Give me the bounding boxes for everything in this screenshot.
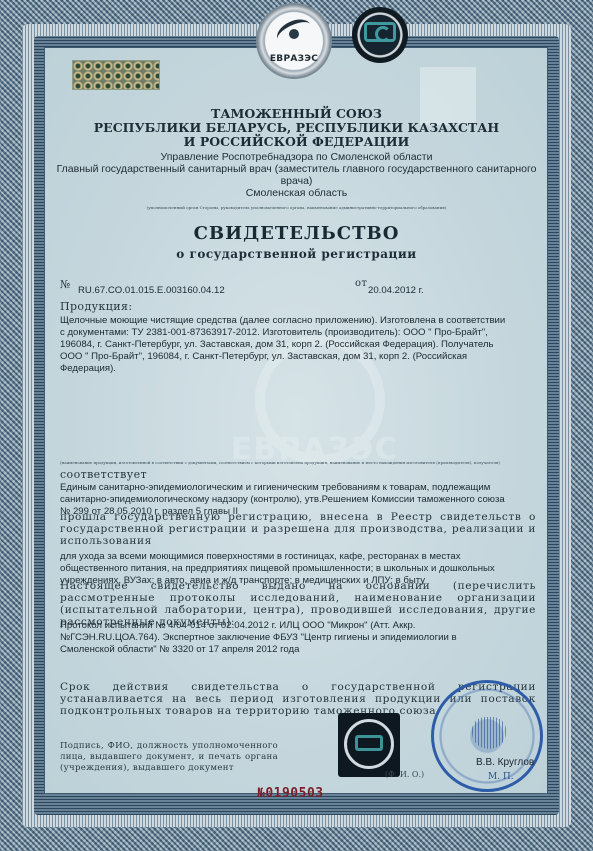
registration-date: 20.04.2012 г. bbox=[368, 285, 424, 297]
compliance-line-2: санитарно-эпидемиологическому надзору (к… bbox=[60, 494, 505, 506]
serial-number: №0190503 bbox=[257, 786, 324, 801]
certificate-title: СВИДЕТЕЛЬСТВО bbox=[60, 223, 533, 244]
seal-hint: М. П. bbox=[488, 772, 514, 782]
union-title-line1: ТАМОЖЕННЫЙ СОЮЗ bbox=[60, 106, 533, 121]
product-line-2: с документами: ТУ 2381-001-87363917-2012… bbox=[60, 327, 488, 339]
signature-caption: Подпись, ФИО, должность уполномоченного … bbox=[60, 741, 278, 774]
eurasec-label: ЕВРАЗЭС bbox=[258, 54, 330, 64]
compliance-line-1: Единым санитарно-эпидемиологическим и ги… bbox=[60, 482, 490, 494]
usage-line-1: для ухода за всеми моющимися поверхностя… bbox=[60, 551, 461, 563]
product-label: Продукция: bbox=[60, 300, 132, 313]
usage-line-2: общественного питания, на предприятиях п… bbox=[60, 563, 495, 575]
compliance-label: соответствует bbox=[60, 468, 147, 481]
registry-statement: прошла государственную регистрацию, внес… bbox=[60, 511, 536, 547]
eagle-emblem-icon bbox=[472, 717, 506, 749]
basis-line-3: Смоленской области" № 3320 от 17 апреля … bbox=[60, 644, 299, 656]
product-line-1: Щелочные моющие чистящие средства (далее… bbox=[60, 315, 505, 327]
number-label: № bbox=[60, 278, 71, 291]
certificate-page: ЕВРАЗЭС ЕВРАЗЭС ТАМОЖЕННЫЙ СОЮЗ РЕСПУБЛИ… bbox=[0, 0, 593, 851]
official-stamp-icon bbox=[431, 680, 543, 792]
customs-union-seal-icon bbox=[352, 7, 408, 63]
product-line-5: Федерация). bbox=[60, 363, 116, 375]
fio-hint: (Ф. И. О.) bbox=[385, 770, 424, 779]
authority-line1: Управление Роспотребнадзора по Смоленско… bbox=[60, 151, 533, 164]
tc-mark-icon bbox=[364, 22, 396, 42]
product-line-3: 196084, г. Санкт-Петербург, ул. Заставск… bbox=[60, 339, 493, 351]
authority-caption: (уполномоченный орган Стороны, руководит… bbox=[90, 205, 503, 210]
globe-icon bbox=[289, 29, 299, 39]
authority-line2: Главный государственный санитарный врач … bbox=[50, 163, 543, 176]
product-caption: (наименование продукции, изготовленной в… bbox=[60, 460, 533, 465]
eurasec-emblem-icon: ЕВРАЗЭС bbox=[258, 5, 330, 77]
certificate-subtitle: о государственной регистрации bbox=[60, 247, 533, 261]
customs-union-hologram-icon bbox=[338, 713, 400, 777]
authority-line3: врача) bbox=[60, 175, 533, 188]
registration-number: RU.67.CO.01.015.E.003160.04.12 bbox=[78, 285, 225, 297]
basis-line-2: №ГСЭН.RU.ЦОА.764). Экспертное заключение… bbox=[60, 632, 457, 644]
product-line-4: ООО " Про-Брайт", 196084, г. Санкт-Петер… bbox=[60, 351, 467, 363]
authority-line4: Смоленская область bbox=[60, 187, 533, 200]
hologram-pattern-icon bbox=[72, 60, 160, 90]
union-title-line2: РЕСПУБЛИКИ БЕЛАРУСЬ, РЕСПУБЛИКИ КАЗАХСТА… bbox=[60, 120, 533, 135]
union-title-line3: И РОССИЙСКОЙ ФЕДЕРАЦИИ bbox=[60, 134, 533, 149]
basis-line-1: Протокол испытаний № 4/04-014 от 02.04.2… bbox=[60, 620, 415, 632]
signer-name: В.В. Круглов bbox=[476, 757, 534, 768]
tc-mark-icon bbox=[355, 735, 383, 751]
date-label: от bbox=[355, 278, 367, 289]
